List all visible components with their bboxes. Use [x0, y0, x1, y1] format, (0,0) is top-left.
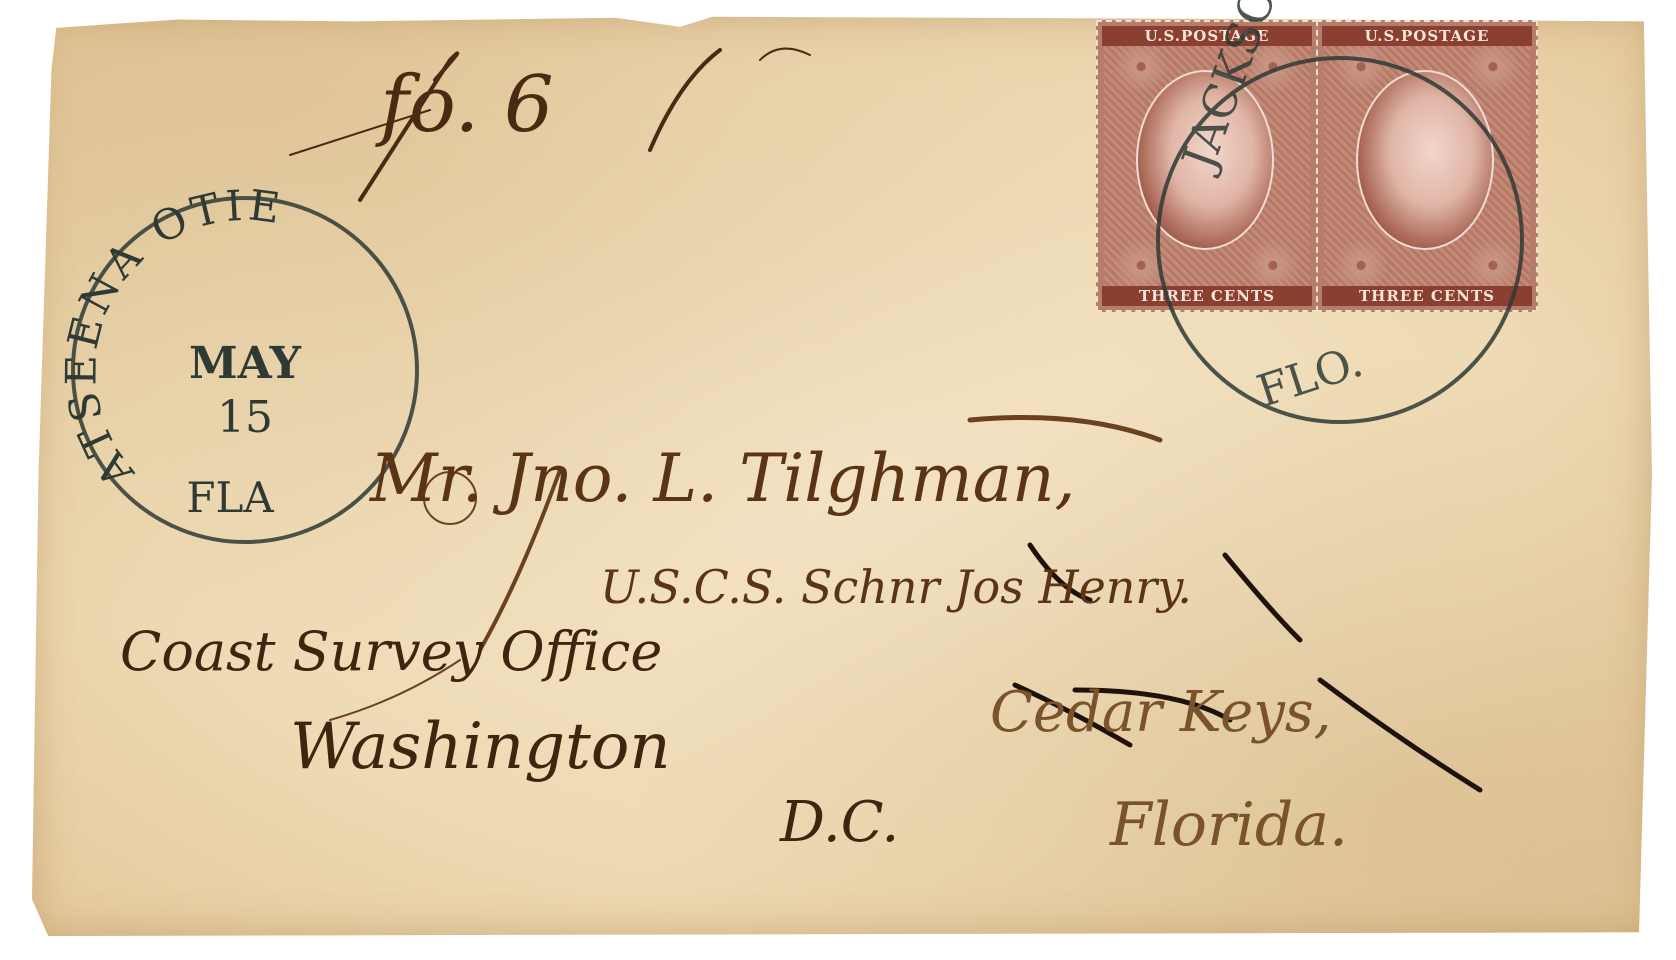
postmark-right: FLO. JACKSONVILLE	[1158, 0, 1522, 422]
postmark-left-day: 15	[217, 392, 273, 443]
forward-line-2: Washington	[290, 710, 671, 784]
address-line-2: U.S.C.S. Schnr Jos Henry.	[600, 560, 1192, 614]
docket-text: fo. 6	[380, 60, 554, 150]
postmark-right-state: FLO.	[1251, 336, 1369, 418]
address-line-1: Mr. Jno. L. Tilghman,	[370, 440, 1076, 517]
forward-line-3: D.C.	[780, 790, 899, 855]
address-line-3-crossed: Cedar Keys,	[990, 680, 1331, 745]
forward-line-1: Coast Survey Office	[120, 620, 662, 683]
postmark-left-state: FLA	[186, 473, 274, 522]
postmark-right-ring-text: JACKSONVILLE	[1170, 0, 1351, 180]
address-line-4-crossed: Florida.	[1110, 790, 1348, 860]
postmark-left: ATSEENA OTIE MAY 15 FLA	[56, 180, 417, 542]
postmark-left-month: MAY	[189, 338, 302, 389]
